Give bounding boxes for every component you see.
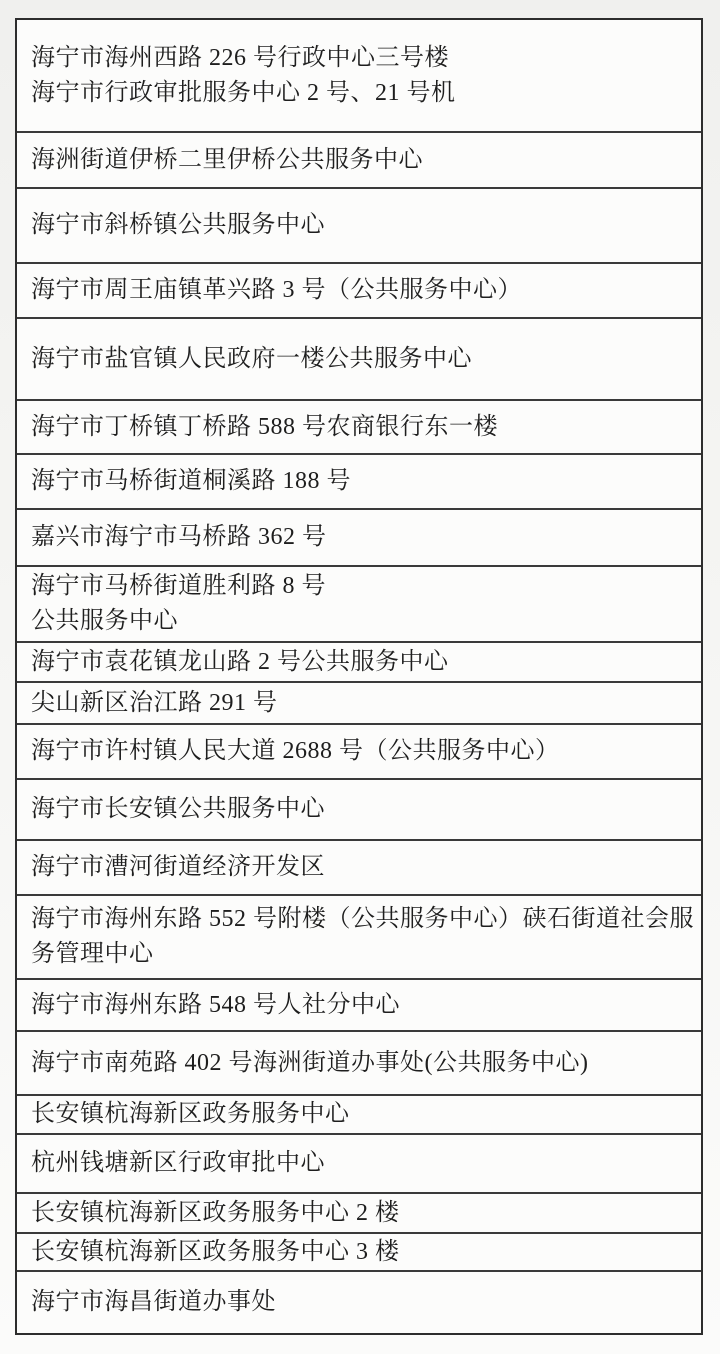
table-row: 海宁市许村镇人民大道 2688 号（公共服务中心） (17, 725, 701, 780)
table-row: 海宁市斜桥镇公共服务中心 (17, 189, 701, 264)
address-text: 尖山新区治江路 291 号 (31, 686, 695, 721)
address-text: 海宁市周王庙镇革兴路 3 号（公共服务中心） (31, 273, 695, 308)
table-row: 尖山新区治江路 291 号 (17, 683, 701, 725)
table-row: 海宁市马桥街道胜利路 8 号 公共服务中心 (17, 567, 701, 643)
address-text: 嘉兴市海宁市马桥路 362 号 (31, 520, 695, 555)
address-text: 杭州钱塘新区行政审批中心 (31, 1146, 695, 1181)
table-row: 海宁市海州东路 552 号附楼（公共服务中心）硖石街道社会服 务管理中心 (17, 896, 701, 980)
table-row: 海宁市马桥街道桐溪路 188 号 (17, 455, 701, 510)
table-row: 嘉兴市海宁市马桥路 362 号 (17, 510, 701, 567)
address-text: 海宁市海昌街道办事处 (31, 1285, 695, 1320)
address-text: 海宁市马桥街道胜利路 8 号 (31, 569, 695, 604)
address-list-table: 海宁市海州西路 226 号行政中心三号楼 海宁市行政审批服务中心 2 号、21 … (15, 18, 703, 1335)
table-row: 海宁市漕河街道经济开发区 (17, 841, 701, 896)
table-row: 海宁市南苑路 402 号海洲街道办事处(公共服务中心) (17, 1032, 701, 1096)
address-text: 海宁市南苑路 402 号海洲街道办事处(公共服务中心) (31, 1046, 695, 1081)
address-text: 海宁市许村镇人民大道 2688 号（公共服务中心） (31, 734, 695, 769)
table-row: 海宁市海昌街道办事处 (17, 1272, 701, 1332)
table-row: 长安镇杭海新区政务服务中心 (17, 1096, 701, 1135)
address-text: 海宁市海州东路 552 号附楼（公共服务中心）硖石街道社会服 (31, 902, 695, 937)
address-text: 海宁市斜桥镇公共服务中心 (31, 208, 695, 243)
address-text: 海宁市海州东路 548 号人社分中心 (31, 988, 695, 1023)
address-text: 海宁市丁桥镇丁桥路 588 号农商银行东一楼 (31, 410, 695, 445)
table-row: 长安镇杭海新区政务服务中心 3 楼 (17, 1234, 701, 1272)
address-text: 海宁市盐官镇人民政府一楼公共服务中心 (31, 342, 695, 377)
address-text: 海宁市长安镇公共服务中心 (31, 792, 695, 827)
address-text: 海宁市漕河街道经济开发区 (31, 850, 695, 885)
table-row: 海宁市盐官镇人民政府一楼公共服务中心 (17, 319, 701, 401)
address-text: 长安镇杭海新区政务服务中心 2 楼 (31, 1196, 695, 1231)
address-text: 海宁市行政审批服务中心 2 号、21 号机 (31, 76, 695, 111)
table-row: 海宁市海州西路 226 号行政中心三号楼 海宁市行政审批服务中心 2 号、21 … (17, 20, 701, 133)
table-row: 杭州钱塘新区行政审批中心 (17, 1135, 701, 1194)
table-row: 海宁市周王庙镇革兴路 3 号（公共服务中心） (17, 264, 701, 319)
address-text: 长安镇杭海新区政务服务中心 3 楼 (31, 1235, 695, 1270)
address-text: 务管理中心 (31, 937, 695, 972)
address-text: 海宁市马桥街道桐溪路 188 号 (31, 464, 695, 499)
table-row: 海洲街道伊桥二里伊桥公共服务中心 (17, 133, 701, 189)
address-text: 海宁市袁花镇龙山路 2 号公共服务中心 (31, 645, 695, 680)
table-row: 长安镇杭海新区政务服务中心 2 楼 (17, 1194, 701, 1234)
table-row: 海宁市长安镇公共服务中心 (17, 780, 701, 841)
page-background: 海宁市海州西路 226 号行政中心三号楼 海宁市行政审批服务中心 2 号、21 … (0, 0, 720, 1354)
table-row: 海宁市袁花镇龙山路 2 号公共服务中心 (17, 643, 701, 683)
address-text: 海洲街道伊桥二里伊桥公共服务中心 (31, 143, 695, 178)
table-row: 海宁市海州东路 548 号人社分中心 (17, 980, 701, 1032)
address-text: 长安镇杭海新区政务服务中心 (31, 1097, 695, 1132)
address-text: 海宁市海州西路 226 号行政中心三号楼 (31, 41, 695, 76)
address-text: 公共服务中心 (31, 604, 695, 639)
table-row: 海宁市丁桥镇丁桥路 588 号农商银行东一楼 (17, 401, 701, 455)
